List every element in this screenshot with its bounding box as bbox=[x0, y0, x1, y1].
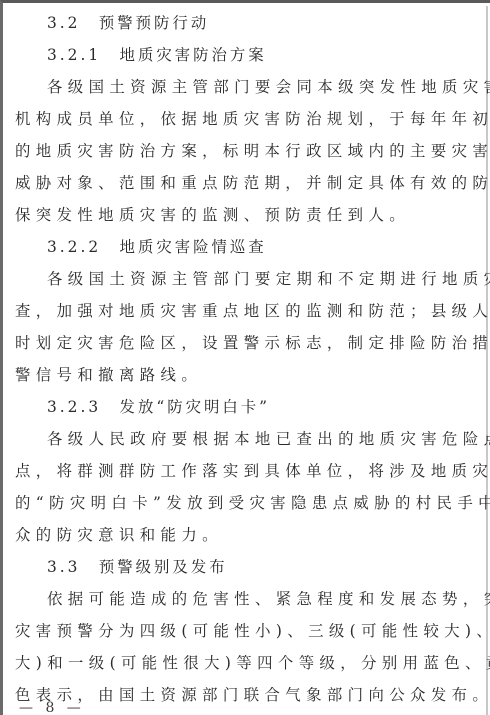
section-heading-3-2: 3.2 预警预防行动 bbox=[47, 13, 209, 33]
document-page: 3.2 预警预防行动 3.2.1 地质灾害防治方案 各级国土资源主管部门要会同本… bbox=[0, 0, 490, 715]
paragraph-line: 查，加强对地质灾害重点地区的监测和防范；县级人民政府要及 bbox=[15, 301, 490, 321]
paragraph-line: 的“防灾明白卡”发放到受灾害隐患点威胁的村民手中，提高群 bbox=[15, 493, 490, 513]
paragraph-line: 依据可能造成的危害性、紧急程度和发展态势，突发性地质 bbox=[47, 589, 490, 609]
paragraph-line: 各级人民政府要根据本地已查出的地质灾害危险点、隐患 bbox=[47, 429, 490, 449]
section-heading-3-3: 3.3 预警级别及发布 bbox=[47, 557, 228, 577]
paragraph-line: 威胁对象、范围和重点防范期，并制定具体有效的防治措施，确 bbox=[15, 173, 490, 193]
paragraph-line: 各级国土资源主管部门要定期和不定期进行地质灾害的巡 bbox=[47, 269, 490, 289]
paragraph-line: 警信号和撤离路线。 bbox=[15, 365, 202, 385]
paragraph-line: 灾害预警分为四级(可能性小)、三级(可能性较大)、二级(可能性 bbox=[15, 621, 490, 641]
paragraph-line: 保突发性地质灾害的监测、预防责任到人。 bbox=[15, 205, 410, 225]
section-heading-3-2-1: 3.2.1 地质灾害防治方案 bbox=[47, 45, 267, 65]
paragraph-line: 机构成员单位，依据地质灾害防治规划，于每年年初拟订本年度 bbox=[15, 109, 490, 129]
paragraph-line: 各级国土资源主管部门要会同本级突发性地质灾害应急指挥 bbox=[47, 77, 490, 97]
paragraph-line: 色表示，由国土资源部门联合气象部门向公众发布。 bbox=[15, 685, 490, 705]
paragraph-line: 时划定灾害危险区，设置警示标志，制定排险防治措施，确定预 bbox=[15, 333, 490, 353]
page-number: — 8 — bbox=[19, 700, 85, 715]
paragraph-line: 众的防灾意识和能力。 bbox=[15, 525, 223, 545]
section-heading-3-2-3: 3.2.3 发放“防灾明白卡” bbox=[47, 397, 270, 417]
paragraph-line: 点，将群测群防工作落实到具体单位，将涉及地质灾害防治内容 bbox=[15, 461, 490, 481]
paragraph-line: 大)和一级(可能性很大)等四个等级，分别用蓝色、黄色、橙色和红 bbox=[15, 653, 490, 673]
section-heading-3-2-2: 3.2.2 地质灾害险情巡查 bbox=[47, 237, 267, 257]
paragraph-line: 的地质灾害防治方案，标明本行政区域内的主要灾害点分布及其 bbox=[15, 141, 490, 161]
